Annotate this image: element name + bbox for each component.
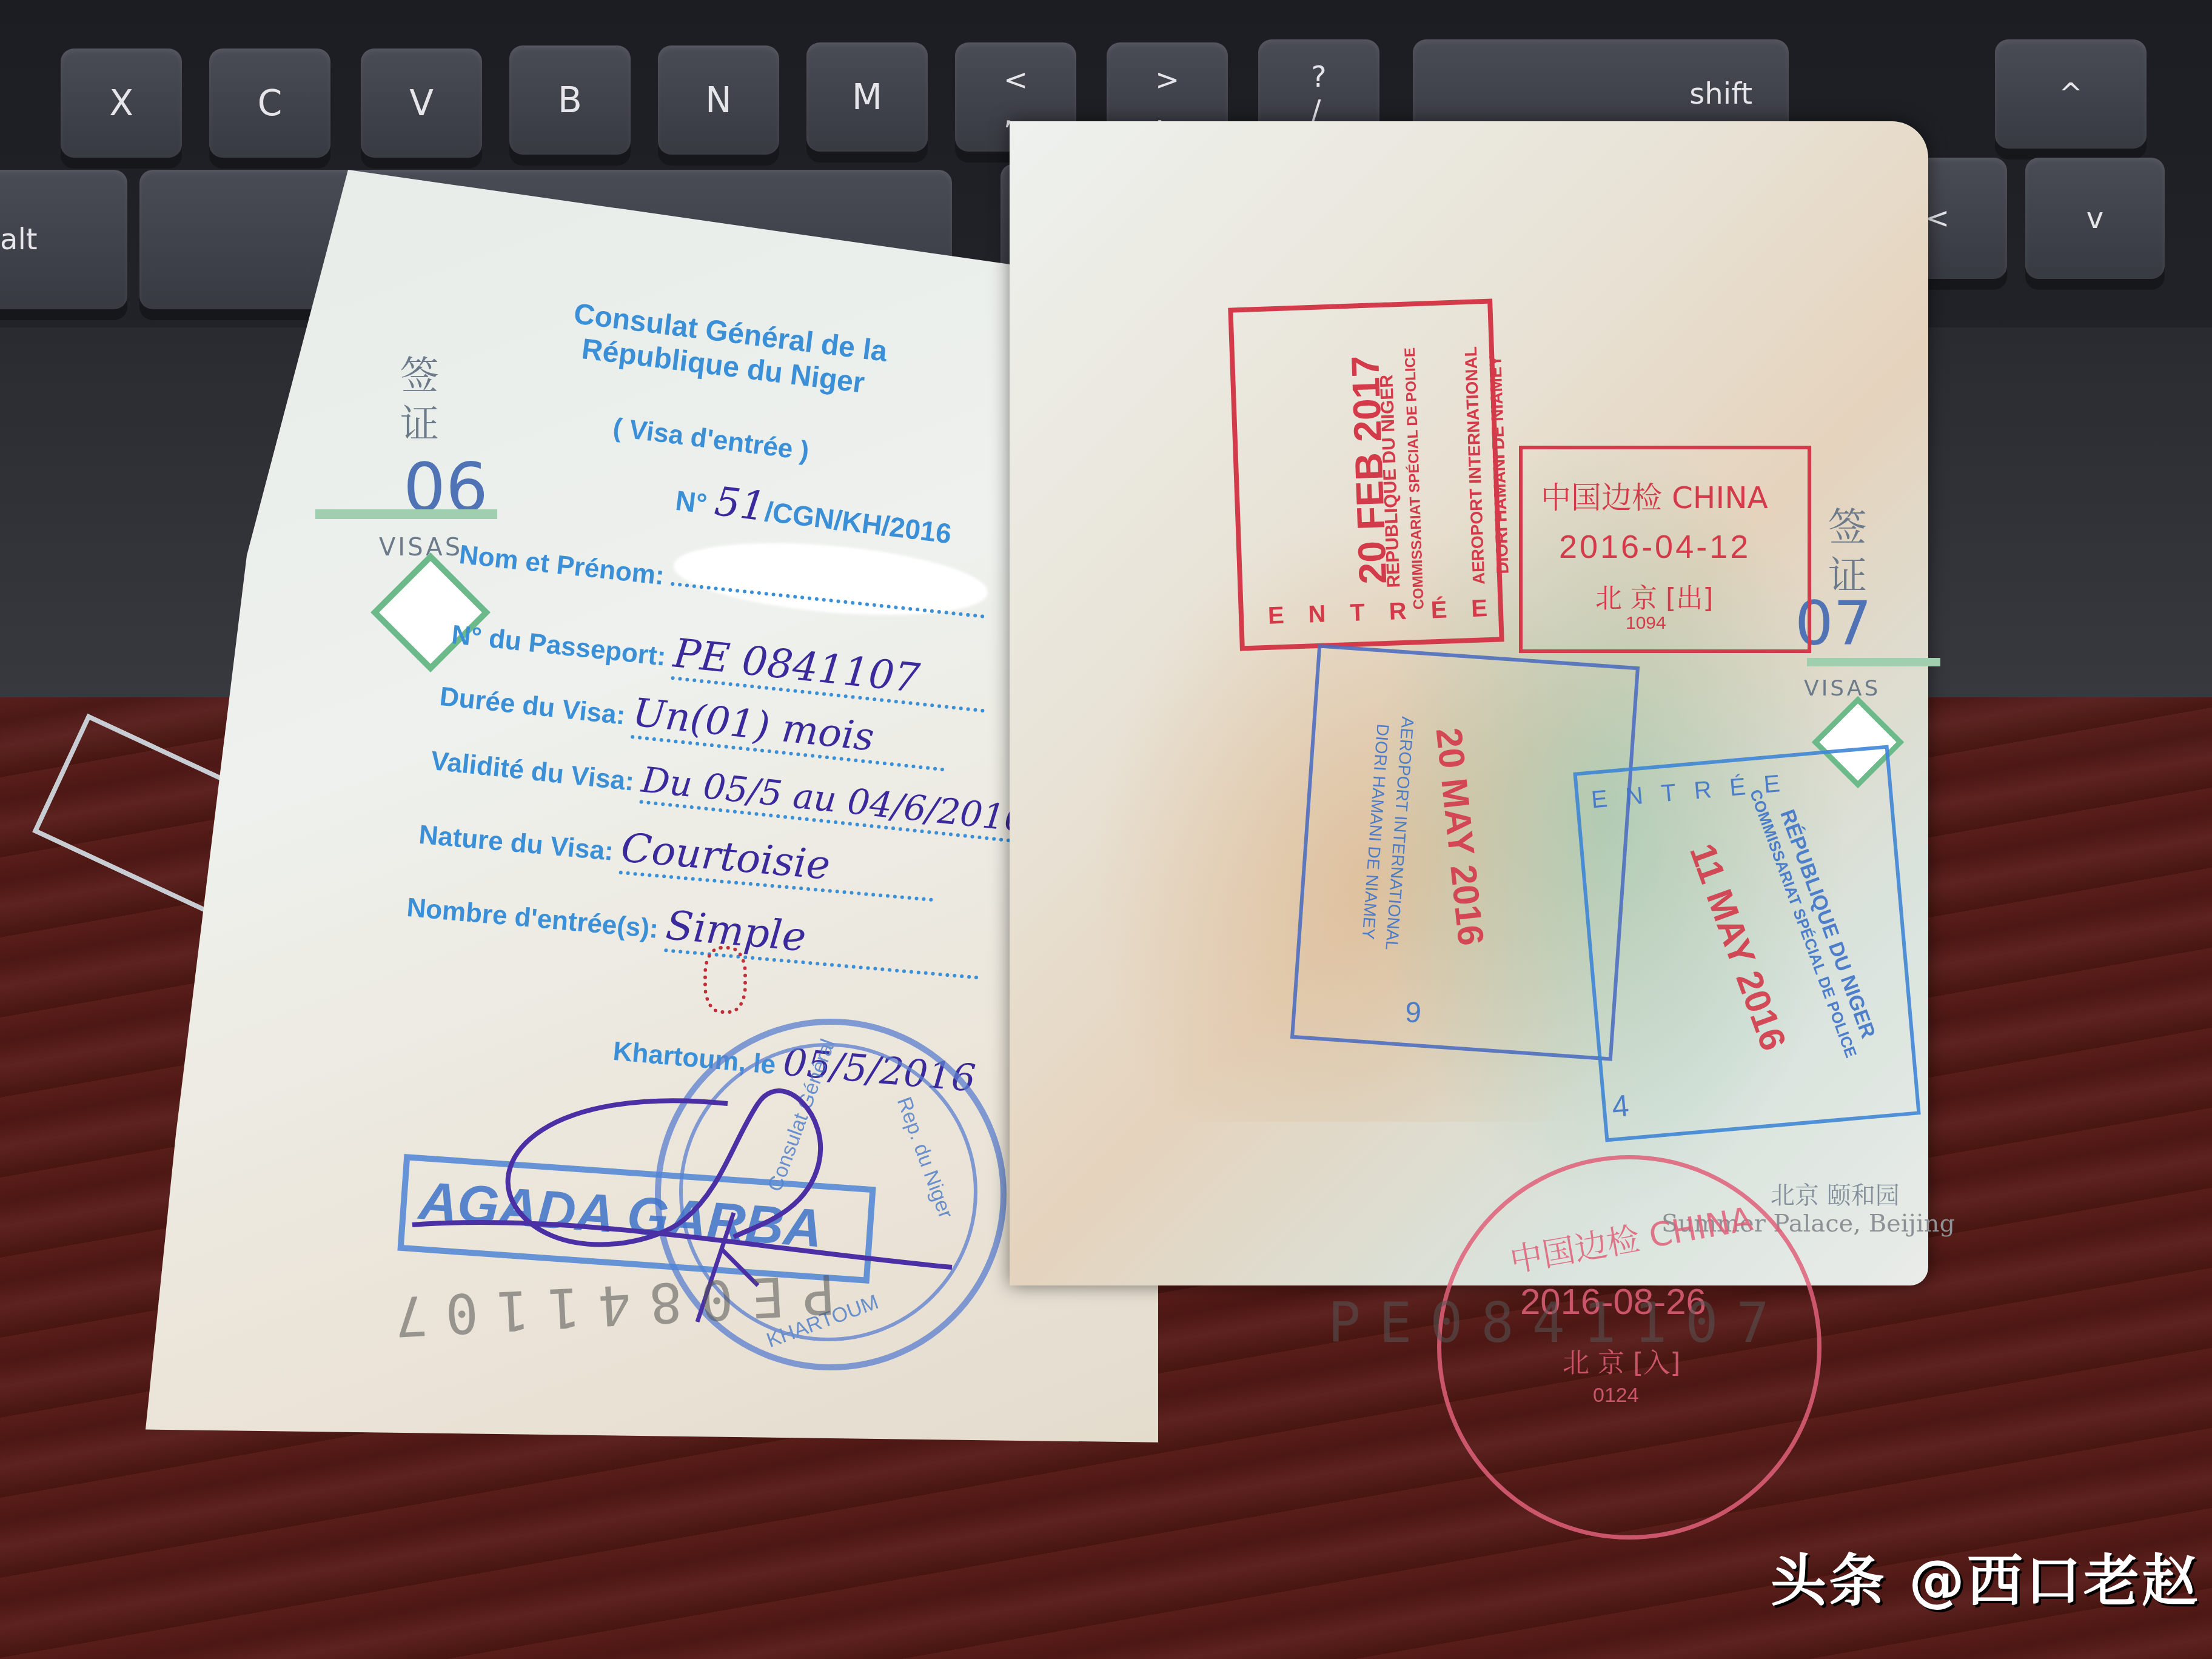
key-m: M — [806, 42, 928, 152]
visa-number-value: 51 — [712, 478, 769, 531]
stamp-header: 中国边检 CHINA — [1541, 474, 1768, 517]
key-down-arrow: v — [2025, 158, 2165, 279]
stamp-code: 1094 — [1626, 613, 1666, 634]
key-label: V — [409, 82, 434, 124]
security-strip — [1807, 658, 1940, 666]
stamp-code: 6 — [1404, 994, 1423, 1029]
stamp-date: 20 MAY 2016 — [1422, 672, 1498, 1002]
stamp-niger-may-11: RÉPUBLIQUE DU NIGER COMMISSARIAT SPÉCIAL… — [1573, 745, 1920, 1142]
arrow-left-icon: < — [1925, 201, 1949, 235]
key-v: V — [361, 49, 482, 158]
red-seal-mark — [703, 946, 747, 1014]
right-perforation: PE0841107 — [1328, 1292, 1788, 1355]
stamp-date: 2016-04-12 — [1559, 528, 1751, 566]
key-c: C — [209, 49, 330, 158]
right-page-cn-label: 签证 — [1828, 503, 1871, 600]
toutiao-watermark: 头条 @西口老赵 — [1771, 1537, 2200, 1617]
stamp-niger-feb-2017: RÉPUBLIQUE DU NIGER COMMISSARIAT SPÉCIAL… — [1228, 299, 1504, 651]
arrow-up-icon: ^ — [2059, 77, 2083, 111]
key-label: M — [852, 76, 882, 118]
key-label: B — [558, 79, 582, 121]
stamp-place: 北 京 [出] — [1595, 577, 1713, 615]
stamp-code: 4 — [1610, 1088, 1631, 1124]
security-strip — [315, 509, 497, 519]
stamp-header: 中国边检 CHINA — [1506, 1193, 1755, 1281]
arrow-down-icon: v — [2086, 201, 2103, 235]
key-n: N — [658, 45, 779, 155]
key-b: B — [509, 45, 631, 155]
key-label: ? / — [1311, 60, 1326, 128]
key-label: N — [705, 79, 731, 121]
stamp-code: 0124 — [1593, 1384, 1639, 1407]
left-visa-label: VISAS — [379, 534, 463, 561]
key-up-arrow: ^ — [1995, 39, 2147, 149]
key-alt-left: alt — [0, 170, 127, 309]
right-visa-label: VISAS — [1804, 676, 1880, 701]
key-label: alt — [0, 223, 38, 256]
key-label: C — [258, 82, 283, 124]
key-label: shift — [1689, 77, 1752, 111]
key-x: X — [61, 49, 182, 158]
left-page-cn-label: 签证 — [400, 352, 443, 449]
stamp-china-exit: 中国边检 CHINA 2016-04-12 北 京 [出] 1094 — [1519, 446, 1811, 653]
key-label: X — [109, 82, 133, 124]
background-caption-cn: 北京 颐和园 — [1771, 1176, 1900, 1211]
visa-number-label: N° — [674, 484, 709, 520]
